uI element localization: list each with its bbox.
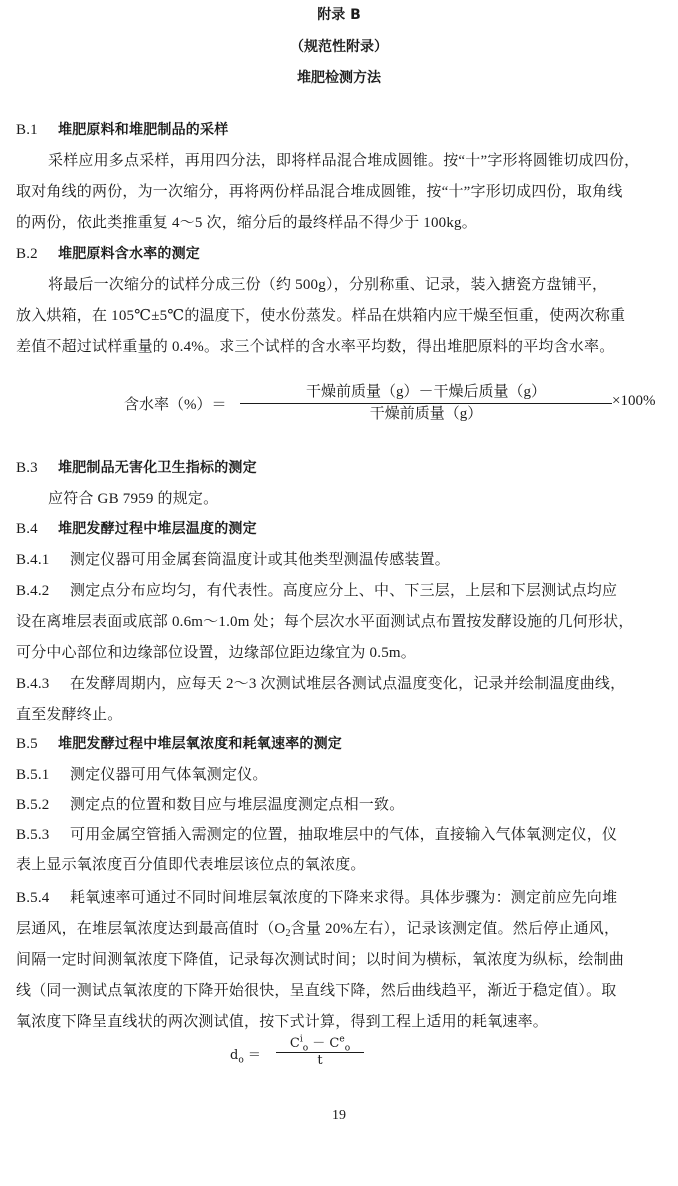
symbol-c: C <box>290 1036 300 1051</box>
section-number: B.4 <box>16 519 58 539</box>
clause-number: B.4.1 <box>16 550 70 570</box>
formula-rhs: ×100% <box>612 393 655 410</box>
section-heading-b3: B.3堆肥制品无害化卫生指标的测定 <box>16 458 666 478</box>
section-title: 堆肥原料含水率的测定 <box>58 246 200 262</box>
paragraph-line: 采样应用多点采样，再用四分法，即将样品混合堆成圆锥。按“十”字形将圆锥切成四份， <box>48 151 678 171</box>
section-number: B.5 <box>16 734 58 754</box>
clause-b41: B.4.1测定仪器可用金属套筒温度计或其他类型测温传感装置。 <box>16 550 666 570</box>
clause-text: 测定仪器可用气体氧测定仪。 <box>70 767 268 783</box>
formula-fraction: Cio － Ceo t <box>276 1036 364 1069</box>
clause-b52: B.5.2测定点的位置和数目应与堆层温度测定点相一致。 <box>16 795 666 815</box>
section-title: 堆肥制品无害化卫生指标的测定 <box>58 460 257 476</box>
paragraph-line: 设在离堆层表面或底部 0.6m～1.0m 处；每个层次水平面测试点布置按发酵设施… <box>16 612 666 632</box>
minus-sign: － <box>308 1036 329 1051</box>
clause-text: 测定点的位置和数目应与堆层温度测定点相一致。 <box>70 797 404 813</box>
paragraph-line: 的两份，依此类推重复 4～5 次，缩分后的最终样品不得少于 100kg。 <box>16 213 666 233</box>
text-segment: 含量 20%左右），记录该测定值。然后停止通风， <box>291 921 620 937</box>
subscript-o: o <box>345 1044 350 1054</box>
clause-number: B.5.3 <box>16 825 70 845</box>
document-page: 附录 B （规范性附录） 堆肥检测方法 B.1堆肥原料和堆肥制品的采样 采样应用… <box>0 0 678 1186</box>
appendix-type: （规范性附录） <box>0 38 678 56</box>
section-number: B.1 <box>16 120 58 140</box>
formula-numerator: 干燥前质量（g）－干燥后质量（g） <box>240 382 612 402</box>
paragraph-line: 取对角线的两份，为一次缩分，再将两份样品混合堆成圆锥，按“十”字形切成四份，取角… <box>16 182 666 202</box>
clause-number: B.5.2 <box>16 795 70 815</box>
clause-text: 测定仪器可用金属套筒温度计或其他类型测温传感装置。 <box>70 552 450 568</box>
formula-numerator: Cio － Ceo <box>276 1036 364 1052</box>
clause-b54: B.5.4耗氧速率可通过不同时间堆层氧浓度的下降来求得。具体步骤为：测定前应先向… <box>16 888 666 908</box>
paragraph-line: 氧浓度下降呈直线状的两次测试值，按下式计算，得到工程上适用的耗氧速率。 <box>16 1012 666 1032</box>
formula-fraction: 干燥前质量（g）－干燥后质量（g） 干燥前质量（g） <box>240 382 612 424</box>
paragraph-line: 线（同一测试点氧浓度的下降开始很快，呈直线下降，然后曲线趋平，渐近于稳定值）。取 <box>16 981 666 1001</box>
clause-number: B.5.1 <box>16 765 70 785</box>
paragraph-line: 可分中心部位和边缘部位设置，边缘部位距边缘宜为 0.5m。 <box>16 643 666 663</box>
clause-text: 可用金属空管插入需测定的位置，抽取堆层中的气体，直接输入气体氧测定仪，仪 <box>70 827 617 843</box>
clause-text: 耗氧速率可通过不同时间堆层氧浓度的下降来求得。具体步骤为：测定前应先向堆 <box>70 890 617 906</box>
formula-denominator: t <box>276 1053 364 1069</box>
paragraph-line: 直至发酵终止。 <box>16 705 666 725</box>
paragraph-line: 将最后一次缩分的试样分成三份（约 500g），分别称重、记录，装入搪瓷方盘铺平， <box>48 275 678 295</box>
paragraph-line-o2: 层通风，在堆层氧浓度达到最高值时（O2含量 20%左右），记录该测定值。然后停止… <box>16 919 666 944</box>
paragraph-line: 差值不超过试样重量的 0.4%。求三个试样的含水率平均数，得出堆肥原料的平均含水… <box>16 337 666 357</box>
paragraph-line: 放入烘箱，在 105℃±5℃的温度下，使水份蒸发。样品在烘箱内应干燥至恒重，使两… <box>16 306 666 326</box>
section-title: 堆肥发酵过程中堆层温度的测定 <box>58 521 257 537</box>
paragraph-line: 应符合 GB 7959 的规定。 <box>48 489 678 509</box>
clause-number: B.4.2 <box>16 581 70 601</box>
section-number: B.2 <box>16 244 58 264</box>
clause-b51: B.5.1测定仪器可用气体氧测定仪。 <box>16 765 666 785</box>
section-heading-b5: B.5堆肥发酵过程中堆层氧浓度和耗氧速率的测定 <box>16 734 666 754</box>
clause-b43: B.4.3在发酵周期内，应每天 2～3 次测试堆层各测试点温度变化，记录并绘制温… <box>16 674 666 694</box>
clause-text: 在发酵周期内，应每天 2～3 次测试堆层各测试点温度变化，记录并绘制温度曲线， <box>70 676 625 692</box>
formula-denominator: 干燥前质量（g） <box>240 404 612 424</box>
section-number: B.3 <box>16 458 58 478</box>
section-title: 堆肥发酵过程中堆层氧浓度和耗氧速率的测定 <box>58 736 342 752</box>
section-heading-b1: B.1堆肥原料和堆肥制品的采样 <box>16 120 666 140</box>
section-title: 堆肥原料和堆肥制品的采样 <box>58 122 228 138</box>
clause-b53: B.5.3可用金属空管插入需测定的位置，抽取堆层中的气体，直接输入气体氧测定仪，… <box>16 825 666 845</box>
equals-sign: ＝ <box>244 1048 261 1063</box>
clause-text: 测定点分布应均匀，有代表性。高度应分上、中、下三层，上层和下层测试点均应 <box>70 583 617 599</box>
clause-number: B.5.4 <box>16 888 70 908</box>
symbol-c: C <box>329 1036 339 1051</box>
section-heading-b2: B.2堆肥原料含水率的测定 <box>16 244 666 264</box>
paragraph-line: 间隔一定时间测氧浓度下降值，记录每次测试时间；以时间为横标，氧浓度为纵标，绘制曲 <box>16 950 666 970</box>
formula-lhs: do ＝ <box>230 1044 261 1063</box>
appendix-label: 附录 B <box>0 6 678 24</box>
appendix-title: 堆肥检测方法 <box>0 69 678 87</box>
clause-b42: B.4.2测定点分布应均匀，有代表性。高度应分上、中、下三层，上层和下层测试点均… <box>16 581 666 601</box>
formula-lhs: 含水率（%）＝ <box>124 393 227 414</box>
clause-number: B.4.3 <box>16 674 70 694</box>
paragraph-line: 表上显示氧浓度百分值即代表堆层该位点的氧浓度。 <box>16 855 666 875</box>
text-segment: 层通风，在堆层氧浓度达到最高值时（O <box>16 921 285 937</box>
page-number: 19 <box>0 1108 678 1124</box>
section-heading-b4: B.4堆肥发酵过程中堆层温度的测定 <box>16 519 666 539</box>
